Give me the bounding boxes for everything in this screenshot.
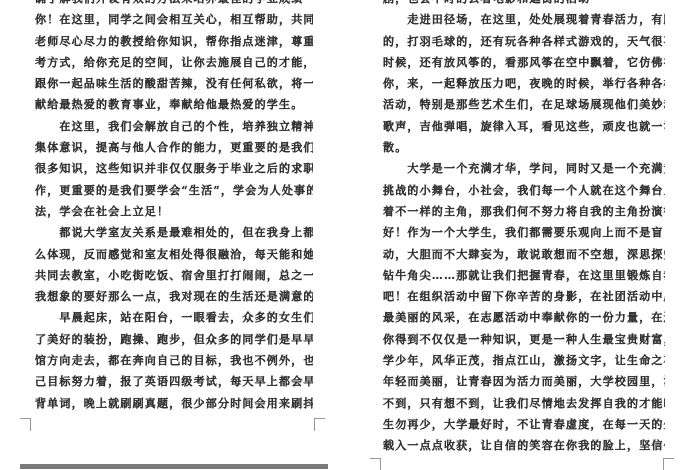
text-line: 活动，特别是那些艺术生们，在足球场展现他们美妙动听的 [383,94,665,115]
document-page-right: 剧，也会不时的去看电影和逛街的活动 走进田径场，在这里，处处展现着青春活力，有跑… [352,0,700,470]
text-line: 跟你一起品味生活的酸甜苦辣，没有任何私欲，将一切都奉 [35,73,313,94]
text-line: 剧，也会不时的去看电影和逛街的活动 [383,0,665,9]
text-line: 考方式，给你充足的空间，让你去施展自己的才能，老师会 [35,52,313,73]
text-line: 着不一样的主角，那我们何不努力将自我的主角扮演得最 [383,201,665,222]
text-line: 最美丽的风采，在志愿活动中奉献你的一份力量，在这里， [383,307,665,328]
text-line: 你！在这里，同学之间会相互关心，相互帮助，共同进步： [35,9,313,30]
text-line: 确了解我们开设有效的方法来培养最佳的学业成绩 [35,0,313,9]
text-line: 共同去教室，小吃街吃饭、宿舍里打打闹闹，总之一切都比 [35,265,313,286]
text-line: 走进田径场，在这里，处处展现着青春活力，有跑步 [383,9,665,30]
margin-corner-mark-icon [663,458,674,470]
text-line: 献给最热爱的教育事业，奉献给他最热爱的学生。 [35,94,313,115]
text-line: 作，更重要的是我们要学会“生活”，学会为人处事的方 [35,180,313,201]
text-line: 不到，只有想不到，让我们尽情地去发挥自我的才能吧！人 [383,393,665,414]
text-line: 学少年，风华正茂，指点江山，激扬文字，让生命之花因为 [383,350,665,371]
text-line: 载入一点点收获，让自信的笑容在你我的脸上，坚信付出就 [383,435,665,456]
text-line: 法，学会在社会上立足！ [35,201,313,222]
text-line: 在这里，我们会解放自己的个性，培养独立精神，增强 [35,116,313,137]
text-line: 吧！在组织活动中留下你辛苦的身影，在社团活动中展现你 [383,286,665,307]
margin-corner-mark-icon [314,418,325,431]
text-line: 己目标努力着，报了英语四级考试，每天早上都会早早起床 [35,371,313,392]
text-line: 背单词，晚上就刷刷真题，很少部分时间会用来刷抖音，追 [35,393,313,414]
text-line: 歌声，吉他弹唱，旋律入耳，看见这些，顽皮也就一消而 [383,116,665,137]
page-text-block: 剧，也会不时的去看电影和逛街的活动 走进田径场，在这里，处处展现着青春活力，有跑… [383,0,665,457]
text-line: 么体现，反而感觉和室友相处得很融洽，每天能和她们一起 [35,244,313,265]
text-line: 集体意识，提高与他人合作的能力，更重要的是我们会学到 [35,137,313,158]
text-line: 我想象的要好那么一点，我对现在的生活还是满意的。 [35,286,313,307]
text-line: 早晨起床，站在阳台，一眼看去，众多的女生们都开始 [35,307,313,328]
text-line: 年轻而美丽，让青春因为活力而美丽，大学校园里，没有做 [383,371,665,392]
text-line: 你得到不仅仅是一种知识，更是一种人生最宝贵财富，恰同 [383,329,665,350]
text-line: 动，大胆而不大肆妄为，敢说敢想而不空想，深思探究而不 [383,244,665,265]
page-text-block: 确了解我们开设有效的方法来培养最佳的学业成绩 你！在这里，同学之间会相互关心，相… [35,0,313,414]
text-line: 你，来，一起释放压力吧，夜晚的时候，举行各种各样式的 [383,73,665,94]
text-line: 钻牛角尖……那就让我们把握青春，在这里里锻炼自我 [383,265,665,286]
document-page-left: 确了解我们开设有效的方法来培养最佳的学业成绩 你！在这里，同学之间会相互关心，相… [0,0,345,470]
text-line: 的，打羽毛球的，还有玩各种各样式游戏的，天气很不错的 [383,31,665,52]
text-line: 了美好的装扮，跑操、跑步，但众多的同学们是早早往图书 [35,329,313,350]
text-line: 散。 [383,137,665,158]
text-line: 大学是一个充满才华，学问，同时又是一个充满竞争， [383,158,665,179]
text-line: 很多知识，这些知识并非仅仅服务于毕业之后的求职和工 [35,158,313,179]
text-line: 时候，还有放风筝的，看那风筝在空中飘着，它仿佛在告诉 [383,52,665,73]
text-line: 生勿再少，大学最好时，不让青春虚度，在每一天的生活里 [383,414,665,435]
text-line: 老师尽心尽力的教授给你知识，帮你指点迷津，尊重你的思 [35,31,313,52]
page-separator-bar [20,464,328,469]
text-line: 馆方向走去，都在奔向自己的目标，我也不例外，也在为自 [35,350,313,371]
text-line: 好！作为一个大学生，我们都需要乐观向上而不是盲目冲 [383,222,665,243]
text-line: 都说大学室友关系是最难相处的，但在我身上都没有什 [35,222,313,243]
margin-corner-mark-icon [370,458,381,470]
margin-corner-mark-icon [20,418,31,431]
text-line: 挑战的小舞台，小社会，我们每一个人就在这个舞台上扮演 [383,180,665,201]
